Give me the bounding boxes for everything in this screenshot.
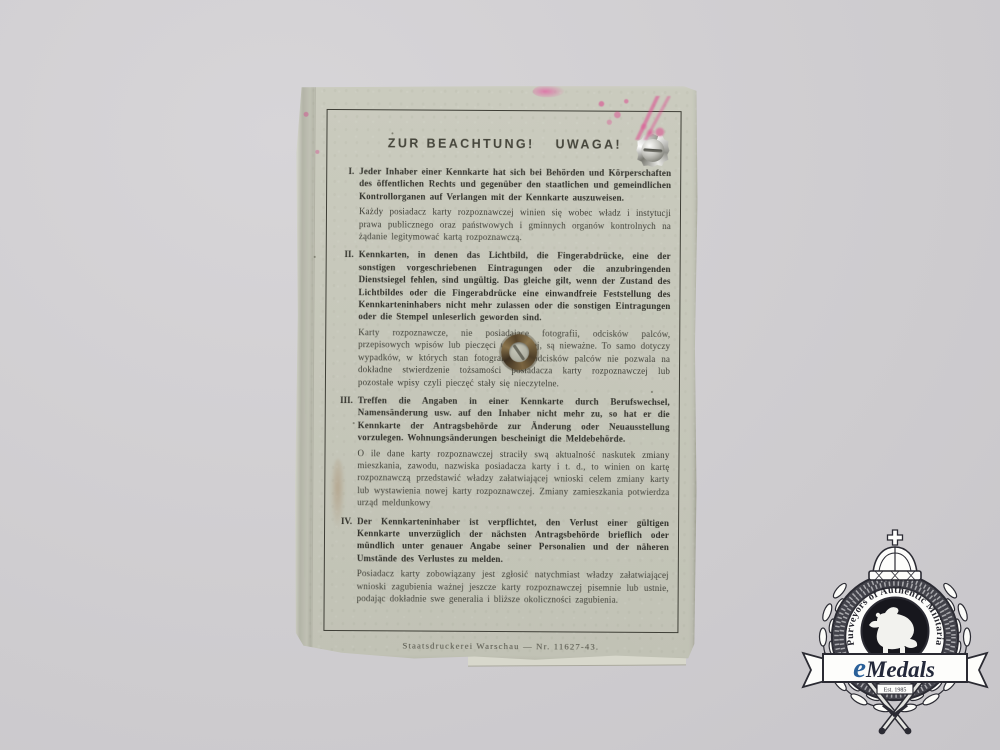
- brand-text: eMedals: [853, 652, 935, 684]
- established-text: Est. 1985: [884, 688, 907, 694]
- brand-banner: eMedals Est. 1985: [803, 652, 987, 694]
- crown-icon: [869, 530, 921, 580]
- document: ZUR BEACHTUNG! UWAGA! I. Jeder Inhaber e…: [293, 84, 700, 664]
- document-paper: ZUR BEACHTUNG! UWAGA! I. Jeder Inhaber e…: [293, 84, 700, 664]
- photo-backdrop: ZUR BEACHTUNG! UWAGA! I. Jeder Inhaber e…: [0, 0, 1000, 750]
- paper-edge-shading: [293, 84, 700, 664]
- emedals-watermark-logo: Purveyors of Authentic Militaria: [795, 527, 995, 735]
